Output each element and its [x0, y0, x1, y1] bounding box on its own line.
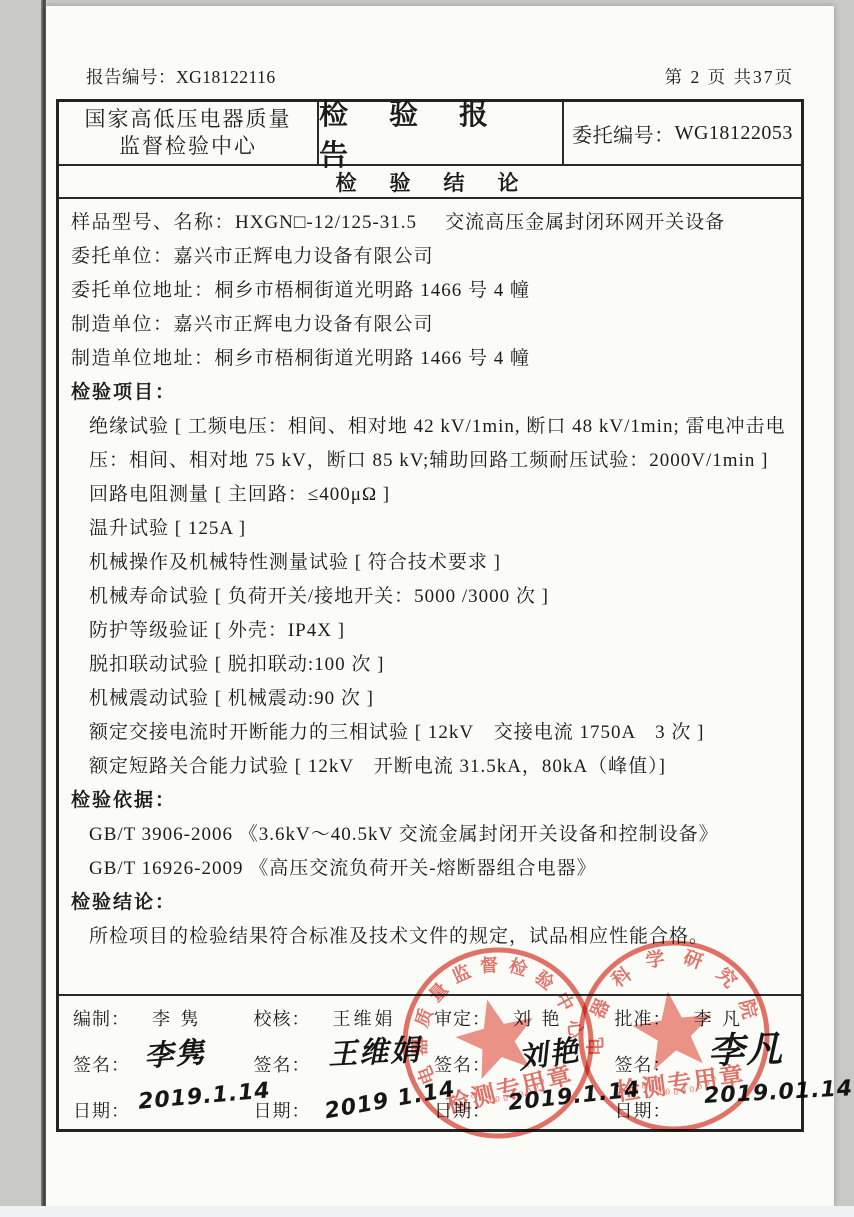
test-items-heading: 检验项目： — [71, 376, 787, 410]
handwritten-signature-compiler: 李隽 — [143, 1030, 208, 1075]
report-page: 报告编号：XG18122116 第 2 页 共37页 国家高低压电器质量 监督检… — [46, 6, 834, 1206]
handwritten-signature-reviewer: 刘艳 — [515, 1028, 582, 1077]
test-item-line: 机械操作及机械特性测量试验 [ 符合技术要求 ] — [89, 546, 787, 580]
test-item-line: 额定短路关合能力试验 [ 12kV 开断电流 31.5kA，80kA（峰值）] — [89, 750, 787, 784]
client-addr-value: 桐乡市梧桐街道光明路 1466 号 4 幢 — [215, 280, 531, 301]
handwritten-signature-approver: 李凡 — [707, 1021, 785, 1075]
org-name-line2: 监督检验中心 — [119, 133, 257, 160]
role-label: 校核： — [254, 1009, 311, 1029]
test-basis-line: GB/T 3906-2006 《3.6kV～40.5kV 交流金属封闭开关设备和… — [89, 818, 787, 852]
sample-model: HXGN□-12/125-31.5 — [235, 212, 417, 233]
conclusion-heading: 检验结论： — [71, 886, 787, 920]
seal-star-icon — [628, 986, 718, 1072]
field-client-addr-label: 委托单位地址： — [71, 280, 215, 301]
org-name-line1: 国家高低压电器质量 — [85, 106, 292, 133]
report-number-label: 报告编号： — [86, 67, 176, 87]
role-name: 王维娟 — [333, 1009, 396, 1029]
manufacturer-addr-value: 桐乡市梧桐街道光明路 1466 号 4 幢 — [215, 348, 531, 369]
commission-no-label: 委托编号： — [572, 119, 675, 148]
scan-bottom-band — [0, 1206, 854, 1217]
field-manufacturer-label: 制造单位： — [71, 314, 174, 335]
date-label: 日期： — [73, 1101, 130, 1121]
sample-name: 交流高压金属封闭环网开关设备 — [445, 212, 725, 233]
signature-label: 签名： — [73, 1055, 130, 1075]
test-item-line: 回路电阻测量 [ 主回路：≤400μΩ ] — [89, 478, 787, 512]
test-item-line: 额定交接电流时开断能力的三相试验 [ 12kV 交接电流 1750A 3 次 ] — [89, 716, 787, 750]
test-item-line: 机械寿命试验 [ 负荷开关/接地开关：5000 /3000 次 ] — [89, 580, 787, 614]
field-manufacturer-addr: 制造单位地址：桐乡市梧桐街道光明路 1466 号 4 幢 — [71, 342, 787, 376]
test-item-line: 压：相间、相对地 75 kV，断口 85 kV;辅助回路工频耐压试验：2000V… — [89, 444, 787, 478]
field-client: 委托单位：嘉兴市正辉电力设备有限公司 — [71, 240, 787, 274]
role-label: 编制： — [73, 1009, 130, 1029]
signature-label: 签名： — [254, 1055, 311, 1075]
field-client-addr: 委托单位地址：桐乡市梧桐街道光明路 1466 号 4 幢 — [71, 274, 787, 308]
org-name-cell: 国家高低压电器质量 监督检验中心 — [59, 102, 319, 164]
field-manufacturer: 制造单位：嘉兴市正辉电力设备有限公司 — [71, 308, 787, 342]
commission-no-value: WG18122053 — [675, 122, 793, 145]
test-item-line: 温升试验 [ 125A ] — [89, 512, 787, 546]
top-strip: 报告编号：XG18122116 第 2 页 共37页 — [46, 64, 834, 94]
client-value: 嘉兴市正辉电力设备有限公司 — [174, 246, 434, 267]
doc-title-cell: 检 验 报 告 — [319, 102, 564, 164]
test-item-line: 绝缘试验 [ 工频电压：相间、相对地 42 kV/1min, 断口 48 kV/… — [89, 410, 787, 444]
field-sample-label: 样品型号、名称： — [71, 212, 235, 233]
report-number-value: XG18122116 — [176, 67, 276, 87]
field-manufacturer-addr-label: 制造单位地址： — [71, 348, 215, 369]
field-client-label: 委托单位： — [71, 246, 174, 267]
handwritten-signature-checker: 王维娟 — [327, 1028, 422, 1074]
manufacturer-value: 嘉兴市正辉电力设备有限公司 — [174, 314, 434, 335]
role-name: 李 隽 — [152, 1009, 202, 1029]
field-sample: 样品型号、名称：HXGN□-12/125-31.5交流高压金属封闭环网开关设备 — [71, 206, 787, 240]
commission-no-cell: 委托编号：WG18122053 — [564, 102, 801, 164]
test-basis-heading: 检验依据： — [71, 784, 787, 818]
report-body: 样品型号、名称：HXGN□-12/125-31.5交流高压金属封闭环网开关设备 … — [59, 199, 801, 994]
section-title: 检 验 结 论 — [59, 166, 801, 199]
test-item-line: 防护等级验证 [ 外壳：IP4X ] — [89, 614, 787, 648]
test-item-line: 机械震动试验 [ 机械震动:90 次 ] — [89, 682, 787, 716]
scanned-report-canvas: 报告编号：XG18122116 第 2 页 共37页 国家高低压电器质量 监督检… — [0, 0, 854, 1217]
signoff-role-row: 编制：李 隽 — [73, 1006, 254, 1032]
test-basis-line: GB/T 16926-2009 《高压交流负荷开关-熔断器组合电器》 — [89, 852, 787, 886]
test-item-line: 脱扣联动试验 [ 脱扣联动:100 次 ] — [89, 648, 787, 682]
report-number: 报告编号：XG18122116 — [86, 64, 276, 89]
header-row: 国家高低压电器质量 监督检验中心 检 验 报 告 委托编号：WG18122053 — [59, 102, 801, 166]
page-indicator: 第 2 页 共37页 — [665, 64, 794, 89]
